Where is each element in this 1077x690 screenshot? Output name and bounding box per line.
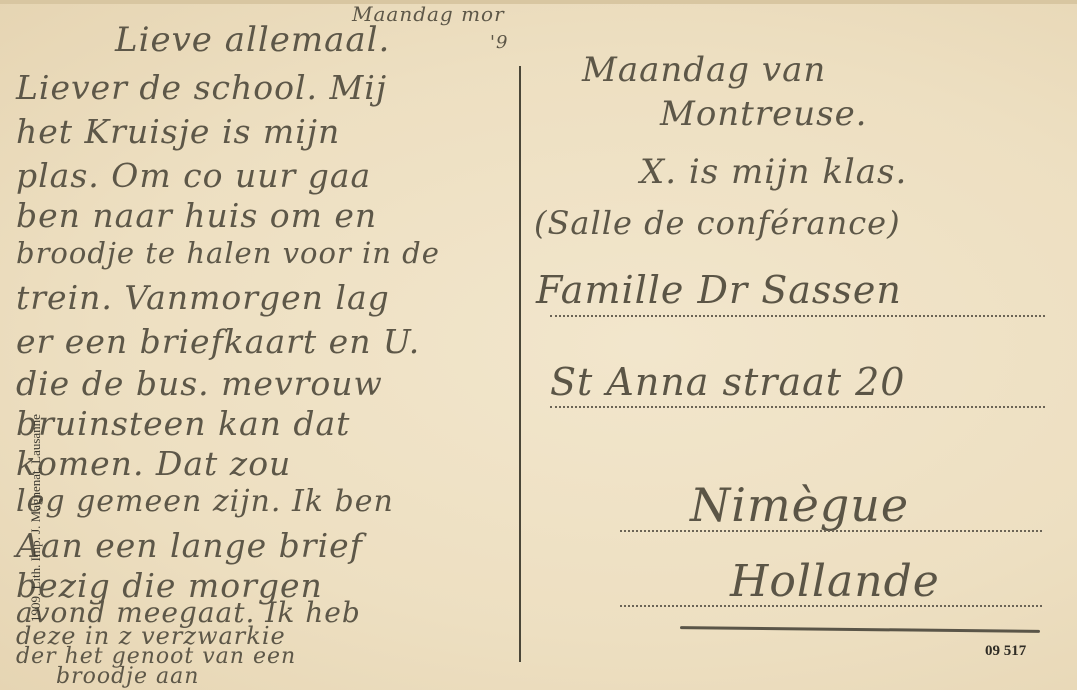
side-note-line: Maandag van <box>582 50 826 90</box>
postcard-back: Maandag mor '9 Lieve allemaal. Liever de… <box>0 0 1077 690</box>
card-top-edge <box>0 0 1077 4</box>
side-note-line: (Salle de conférance) <box>534 204 901 242</box>
card-number: 09 517 <box>985 643 1026 660</box>
message-line: er een briefkaart en U. <box>16 322 420 361</box>
imprint-container: 1909. Lith. Imp. J. Magnenat, Lausanne <box>22 600 42 620</box>
header-note-2: '9 <box>490 32 508 53</box>
message-line: Lieve allemaal. <box>115 20 390 60</box>
message-line: plas. Om co uur gaa <box>16 156 371 195</box>
message-line: broodje aan <box>56 664 199 689</box>
address-name: Famille Dr Sassen <box>536 268 902 312</box>
message-line: leg gemeen zijn. Ik ben <box>16 484 394 519</box>
message-line: het Kruisje is mijn <box>16 112 340 151</box>
address-dotted-line <box>620 530 1042 532</box>
center-divider <box>519 66 521 662</box>
message-line: komen. Dat zou <box>16 444 291 483</box>
message-line: die de bus. mevrouw <box>16 364 383 403</box>
printer-imprint: 1909. Lith. Imp. J. Magnenat, Lausanne <box>28 414 44 622</box>
message-line: trein. Vanmorgen lag <box>16 278 390 317</box>
address-dotted-line <box>550 315 1045 317</box>
message-line: broodje te halen voor in de <box>16 236 440 270</box>
address-country: Hollande <box>730 556 940 607</box>
address-street: St Anna straat 20 <box>550 360 905 404</box>
message-line: bruinsteen kan dat <box>16 404 350 443</box>
underline-stroke <box>680 626 1040 633</box>
address-dotted-line <box>620 605 1042 607</box>
message-line: Aan een lange brief <box>16 526 363 565</box>
address-dotted-line <box>550 406 1045 408</box>
address-city: Nimègue <box>690 478 909 532</box>
side-note-line: X. is mijn klas. <box>640 152 907 192</box>
side-note-line: Montreuse. <box>660 94 868 134</box>
message-line: ben naar huis om en <box>16 196 377 235</box>
message-line: Liever de school. Mij <box>16 68 387 107</box>
